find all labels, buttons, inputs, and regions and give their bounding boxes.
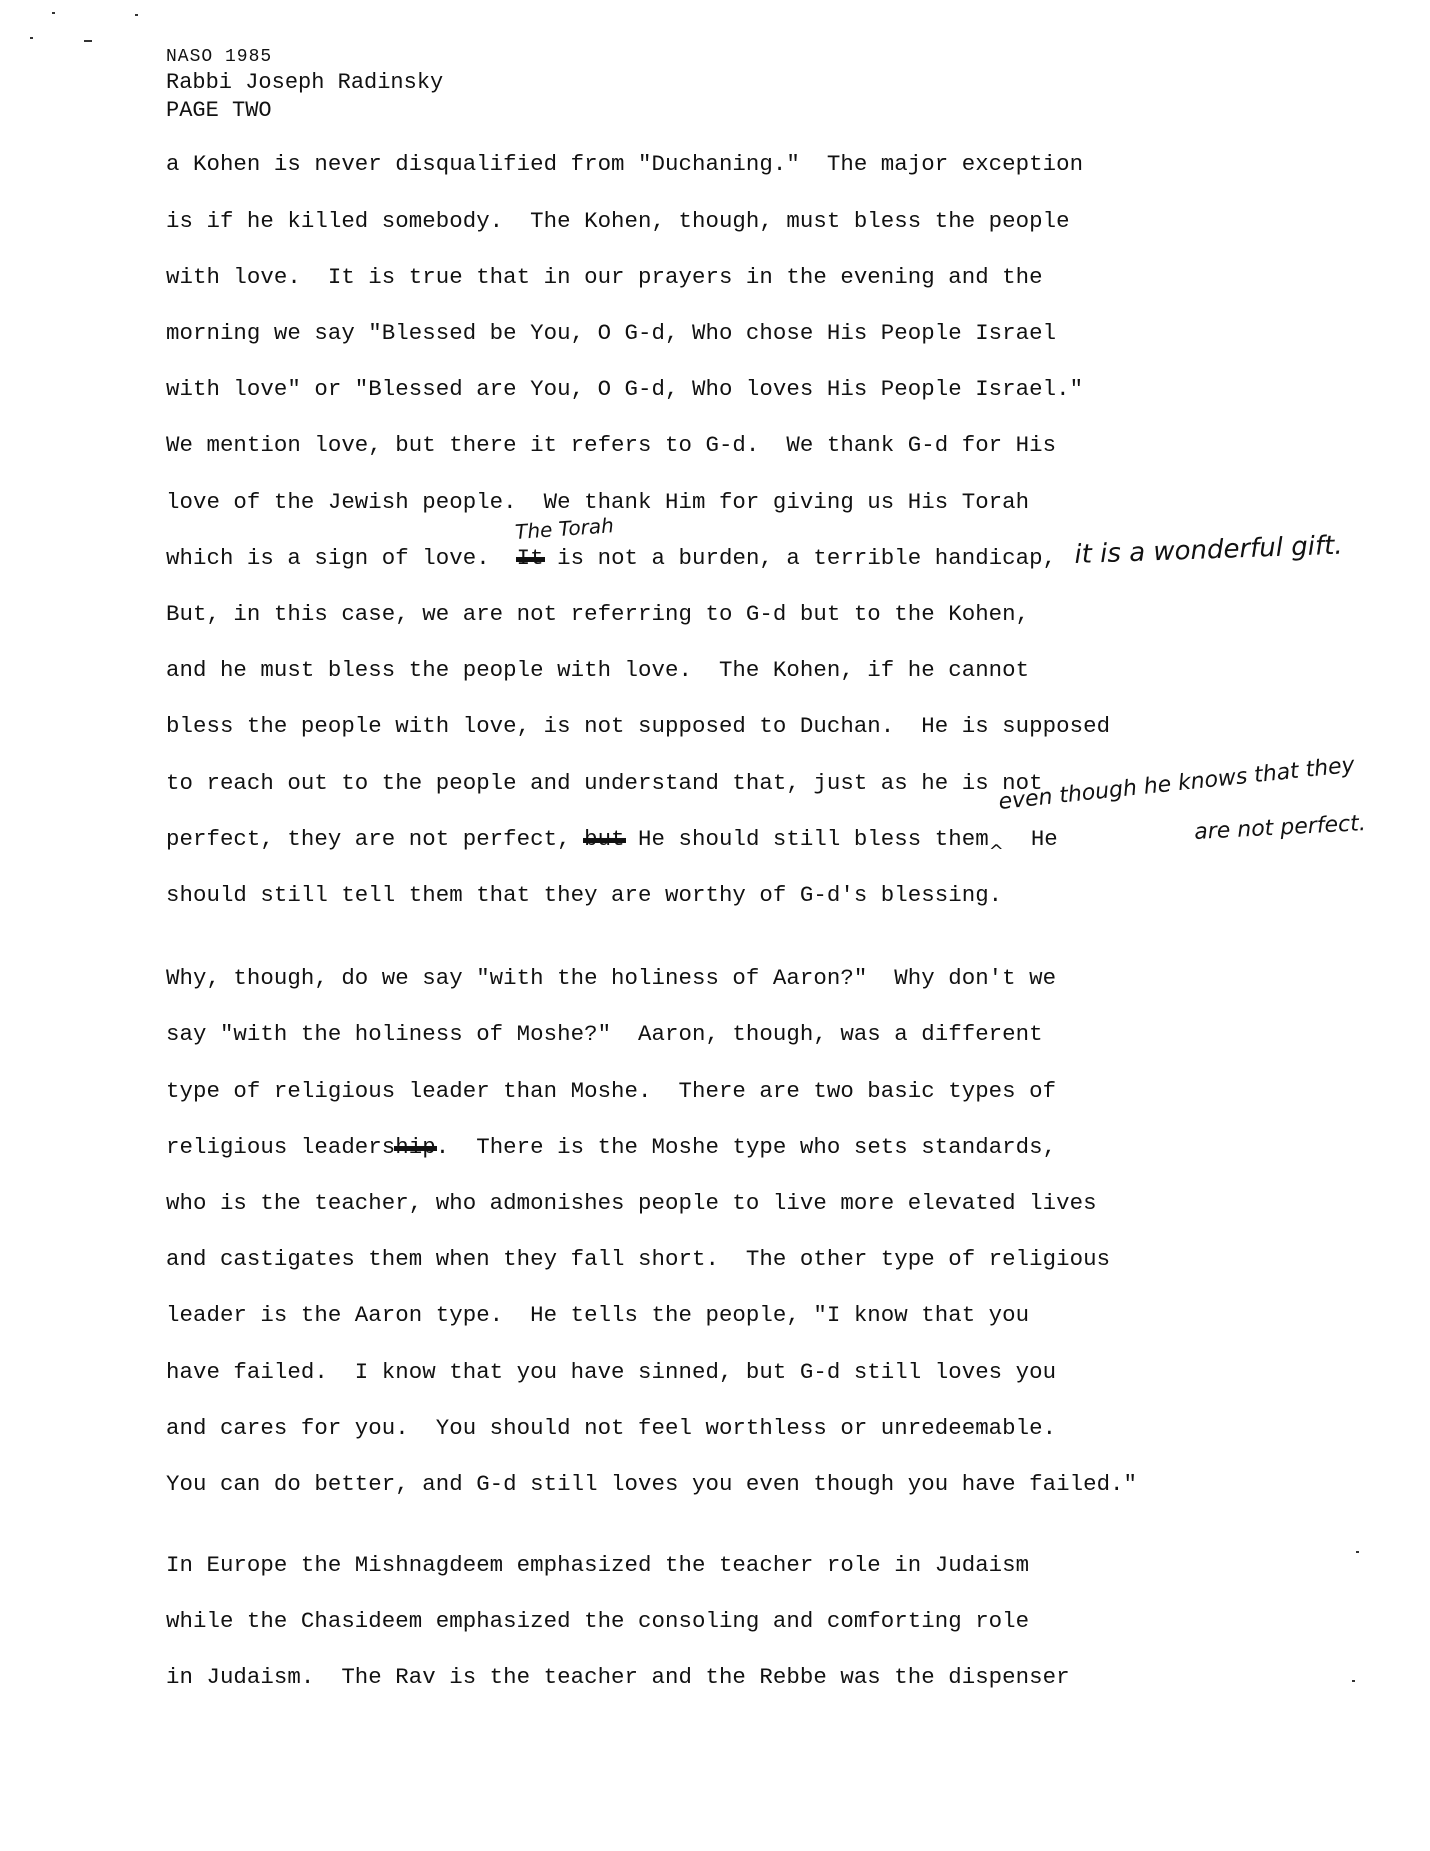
header-author: Rabbi Joseph Radinsky bbox=[166, 70, 443, 96]
text-line: which is a sign of love. It is not a bur… bbox=[166, 544, 1056, 572]
text-line: love of the Jewish people. We thank Him … bbox=[166, 488, 1029, 516]
text-line: morning we say "Blessed be You, O G-d, W… bbox=[166, 319, 1056, 347]
scan-speck bbox=[135, 14, 138, 16]
struck-word: It bbox=[517, 544, 544, 572]
scan-speck bbox=[30, 37, 33, 39]
text-line: leader is the Aaron type. He tells the p… bbox=[166, 1301, 1029, 1329]
text-segment: He should still bless them bbox=[625, 826, 989, 852]
text-line: to reach out to the people and understan… bbox=[166, 769, 1043, 797]
text-line: and he must bless the people with love. … bbox=[166, 656, 1029, 684]
text-line: in Judaism. The Rav is the teacher and t… bbox=[166, 1663, 1070, 1691]
text-line: But, in this case, we are not referring … bbox=[166, 600, 1029, 628]
text-segment: . There is the Moshe type who sets stand… bbox=[436, 1134, 1056, 1160]
text-line: say "with the holiness of Moshe?" Aaron,… bbox=[166, 1020, 1043, 1048]
text-line: with love" or "Blessed are You, O G-d, W… bbox=[166, 375, 1083, 403]
header-page-number: PAGE TWO bbox=[166, 98, 272, 124]
header-portion: NASO 1985 bbox=[166, 44, 272, 70]
text-segment: religious leaders bbox=[166, 1134, 395, 1160]
text-line: religious leadership. There is the Moshe… bbox=[166, 1133, 1056, 1161]
text-line: In Europe the Mishnagdeem emphasized the… bbox=[166, 1551, 1029, 1579]
text-segment: He bbox=[1004, 826, 1058, 852]
text-segment: perfect, they are not perfect, bbox=[166, 826, 584, 852]
text-line: We mention love, but there it refers to … bbox=[166, 431, 1056, 459]
text-line: Why, though, do we say "with the holines… bbox=[166, 964, 1056, 992]
scan-speck bbox=[84, 40, 92, 42]
text-line: have failed. I know that you have sinned… bbox=[166, 1358, 1056, 1386]
text-line: is if he killed somebody. The Kohen, tho… bbox=[166, 207, 1070, 235]
text-line: You can do better, and G-d still loves y… bbox=[166, 1470, 1137, 1498]
text-line: should still tell them that they are wor… bbox=[166, 881, 1002, 909]
struck-word: but bbox=[584, 825, 624, 853]
handwritten-note-the-torah: The Torah bbox=[514, 513, 614, 544]
text-line: perfect, they are not perfect, but He sh… bbox=[166, 825, 1058, 854]
scan-speck bbox=[52, 12, 55, 14]
text-segment: which is a sign of love. bbox=[166, 545, 517, 571]
text-line: with love. It is true that in our prayer… bbox=[166, 263, 1043, 291]
text-line: a Kohen is never disqualified from "Duch… bbox=[166, 150, 1083, 178]
handwritten-note-not-perfect: are not perfect. bbox=[1194, 811, 1367, 845]
scan-speck bbox=[1356, 1551, 1359, 1553]
document-page: NASO 1985 Rabbi Joseph Radinsky PAGE TWO… bbox=[0, 0, 1430, 1851]
text-line: and castigates them when they fall short… bbox=[166, 1245, 1110, 1273]
scan-speck bbox=[1352, 1680, 1355, 1682]
text-line: bless the people with love, is not suppo… bbox=[166, 712, 1110, 740]
handwritten-note-wonderful-gift: it is a wonderful gift. bbox=[1074, 531, 1343, 570]
text-line: and cares for you. You should not feel w… bbox=[166, 1414, 1056, 1442]
text-line: while the Chasideem emphasized the conso… bbox=[166, 1607, 1029, 1635]
caret-mark: ^ bbox=[989, 841, 1004, 862]
handwritten-note-even-though: even though he knows that they bbox=[997, 753, 1355, 815]
text-segment: is not a burden, a terrible handicap, bbox=[544, 545, 1057, 571]
text-line: who is the teacher, who admonishes peopl… bbox=[166, 1189, 1097, 1217]
text-line: type of religious leader than Moshe. The… bbox=[166, 1077, 1056, 1105]
struck-letters: hip bbox=[395, 1133, 435, 1161]
